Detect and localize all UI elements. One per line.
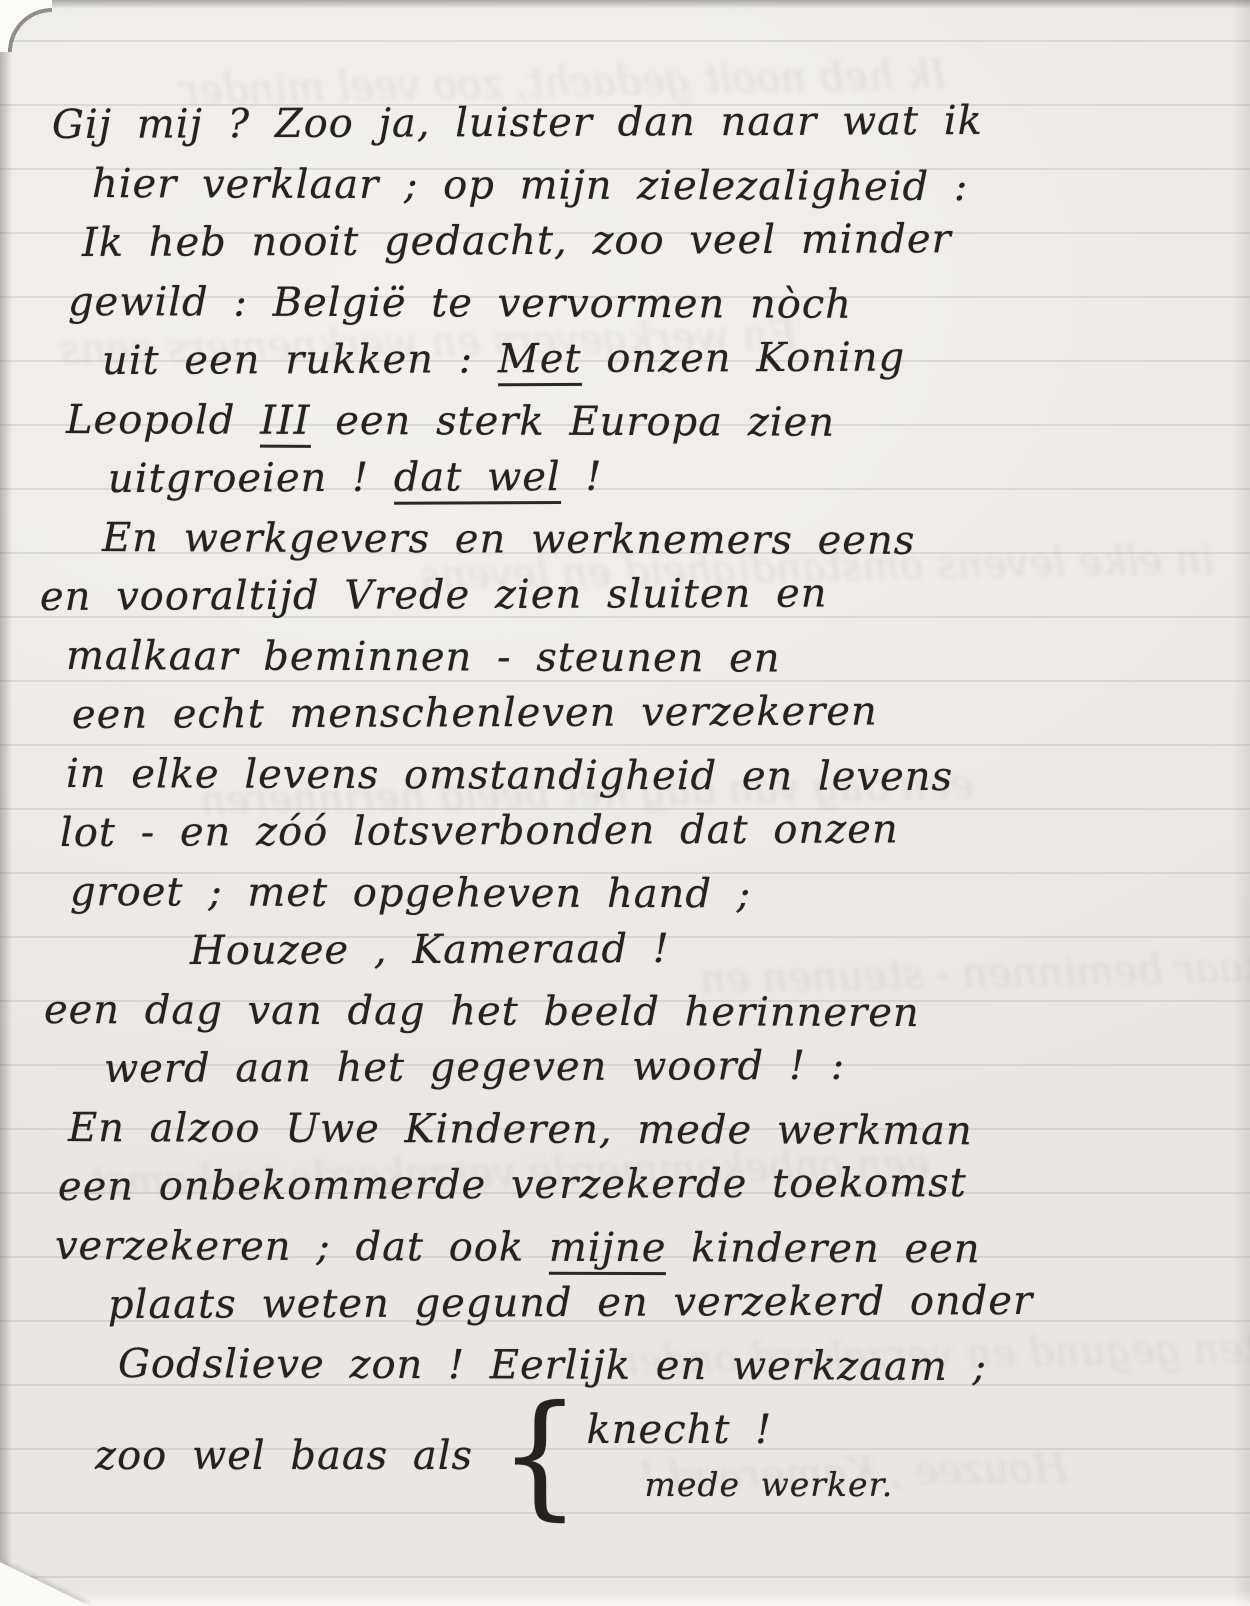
text-segment: uitgroeien ! (108, 455, 394, 502)
text-segment: een echt menschenleven verzekeren (72, 688, 878, 738)
underlined-text-segment: Met (498, 336, 582, 386)
handwritten-line-7: uitgroeien ! dat wel ! (108, 445, 1250, 509)
handwritten-line-14: groet ; met opgeheven hand ; (70, 863, 1250, 926)
text-segment: groet ; met opgeheven hand ; (70, 869, 751, 917)
handwritten-line-1: Gij mij ? Zoo ja, luister dan naar wat i… (52, 91, 1250, 155)
text-segment: een onbekommerde verzekerde toekomst (58, 1160, 967, 1210)
text-segment: een dag van dag het beeld herinneren (44, 987, 920, 1036)
handwritten-line-5: uit een rukken : Met onzen Koning (102, 327, 1250, 391)
option-medewerker: mede werker. (645, 1465, 894, 1504)
paper-edge-right (1232, 0, 1250, 1606)
paper-corner-bottom-left (0, 1562, 90, 1606)
handwritten-line-6: Leopold III een sterk Europa zien (66, 391, 1250, 454)
underlined-text-segment: III (260, 398, 311, 448)
option-knecht: knecht ! (587, 1407, 894, 1453)
underlined-text-segment: dat wel (394, 454, 561, 505)
text-segment: Gij mij ? Zoo ja, luister dan naar wat i… (52, 98, 983, 148)
brace-options: knecht ! mede werker. (587, 1407, 894, 1504)
text-segment: plaats weten gegund en verzekerd onder (108, 1278, 1033, 1328)
text-segment: gewild : België te vervormen nòch (68, 279, 852, 328)
underlined-text-segment: mijne (549, 1225, 667, 1275)
text-segment: lot - en zóó lotsverbonden dat onzen (60, 806, 899, 856)
paper-edge-left (0, 0, 12, 1606)
handwritten-line-21: plaats weten gegund en verzekerd onder (108, 1271, 1250, 1335)
handwritten-line-9: en vooraltijd Vrede zien sluiten en (40, 563, 1250, 627)
text-segment: Ik heb nooit gedacht, zoo veel minder (82, 216, 952, 266)
text-segment: malkaar beminnen - steunen en (66, 633, 781, 681)
text-segment: kinderen een (666, 1225, 980, 1272)
handwritten-line-22: Godslieve zon ! Eerlijk en werkzaam ; (118, 1335, 1250, 1398)
text-segment: een sterk Europa zien (310, 398, 835, 446)
text-segment: verzekeren ; dat ook (55, 1223, 549, 1271)
text-segment: in elke levens omstandigheid en levens (66, 751, 953, 800)
handwritten-line-17: werd aan het gegeven woord ! : (104, 1035, 1250, 1099)
handwritten-line-19: een onbekommerde verzekerde toekomst (58, 1153, 1250, 1217)
text-segment: werd aan het gegeven woord ! : (104, 1043, 845, 1092)
text-segment: Leopold (66, 397, 260, 444)
text-segment: uit een rukken : (102, 336, 498, 384)
handwritten-line-4: gewild : België te vervormen nòch (68, 273, 1250, 336)
handwritten-line-2: hier verklaar ; op mijn zielezaligheid : (92, 155, 1250, 218)
curly-brace: { (499, 1395, 580, 1516)
final-line-with-brace: zoo wel baas als { knecht ! mede werker. (95, 1398, 1250, 1513)
paper-edge-bottom (0, 1590, 1250, 1606)
handwritten-line-16: een dag van dag het beeld herinneren (44, 981, 1250, 1044)
handwritten-line-11: een echt menschenleven verzekeren (72, 681, 1250, 745)
paper-corner-top-left (0, 0, 52, 52)
handwritten-line-20: verzekeren ; dat ook mijne kinderen een (55, 1217, 1250, 1280)
text-segment: En werkgevers en werknemers eens (102, 515, 915, 564)
text-segment: en vooraltijd Vrede zien sluiten en (40, 571, 828, 620)
handwritten-line-13: lot - en zóó lotsverbonden dat onzen (60, 799, 1250, 863)
text-segment: En alzoo Uwe Kinderen, mede werkman (68, 1105, 973, 1154)
text-segment: onzen Koning (581, 334, 905, 381)
handwritten-text-block: Gij mij ? Zoo ja, luister dan naar wat i… (0, 96, 1250, 1513)
handwritten-line-15: Houzee , Kameraad ! (190, 917, 1250, 981)
final-line-prefix: zoo wel baas als (95, 1433, 473, 1479)
text-segment: hier verklaar ; op mijn zielezaligheid : (92, 161, 969, 210)
paper-edge-top (0, 0, 1250, 9)
scanned-letter-page: Ik heb nooit gedacht, zoo veel minder En… (0, 0, 1250, 1606)
handwritten-line-3: Ik heb nooit gedacht, zoo veel minder (82, 209, 1250, 273)
text-segment: Houzee , Kameraad ! (190, 926, 670, 974)
text-segment: ! (561, 454, 603, 500)
